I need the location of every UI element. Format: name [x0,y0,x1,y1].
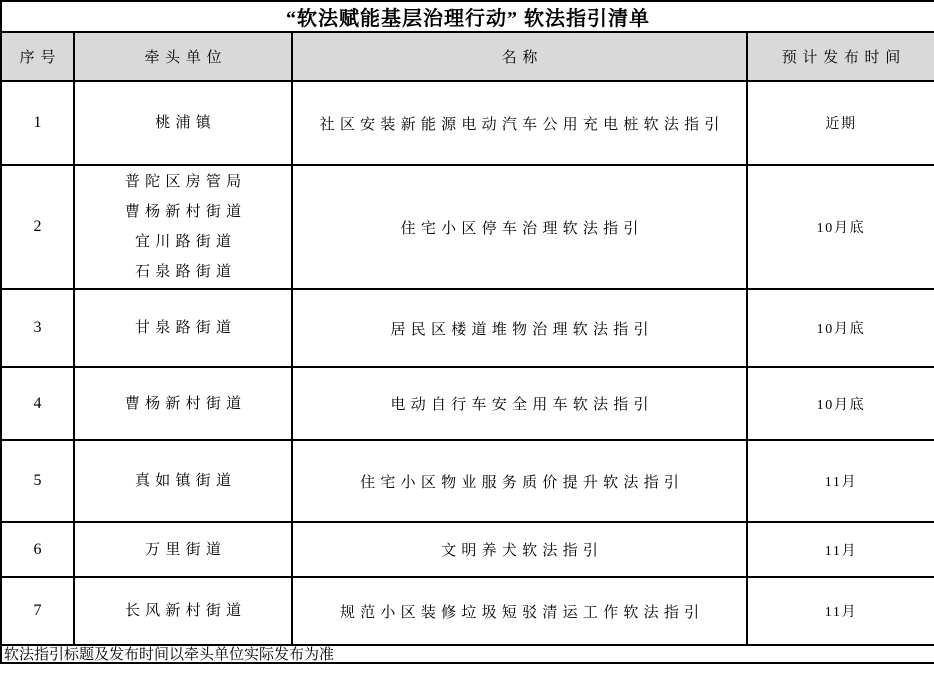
guidance-table: “软法赋能基层治理行动” 软法指引清单 序号 牵头单位 名称 预计发布时间 1桃… [0,0,934,664]
guidance-name-cell: 住宅小区停车治理软法指引 [292,165,747,289]
release-time-cell: 近期 [747,81,934,165]
lead-unit-cell: 普陀区房管局曹杨新村街道宜川路街道石泉路街道 [74,165,292,289]
document-page: “软法赋能基层治理行动” 软法指引清单 序号 牵头单位 名称 预计发布时间 1桃… [0,0,934,676]
header-row: 序号 牵头单位 名称 预计发布时间 [1,32,934,81]
page-title: “软法赋能基层治理行动” 软法指引清单 [1,1,934,32]
lead-unit-line: 万里街道 [75,535,291,565]
release-time-cell: 10月底 [747,367,934,440]
row-index: 5 [1,440,74,522]
release-time-cell: 11月 [747,440,934,522]
footer-row: 软法指引标题及发布时间以牵头单位实际发布为准 [1,645,934,663]
table-row: 1桃浦镇社区安装新能源电动汽车公用充电桩软法指引近期 [1,81,934,165]
lead-unit-cell: 万里街道 [74,522,292,577]
table-row: 4曹杨新村街道电动自行车安全用车软法指引10月底 [1,367,934,440]
guidance-name-cell: 文明养犬软法指引 [292,522,747,577]
release-time-cell: 11月 [747,577,934,645]
lead-unit-line: 宜川路街道 [75,227,291,257]
title-row: “软法赋能基层治理行动” 软法指引清单 [1,1,934,32]
lead-unit-line: 石泉路街道 [75,257,291,287]
release-time-cell: 10月底 [747,289,934,367]
lead-unit-cell: 甘泉路街道 [74,289,292,367]
col-header-name: 名称 [292,32,747,81]
col-header-lead-unit: 牵头单位 [74,32,292,81]
row-index: 1 [1,81,74,165]
row-index: 6 [1,522,74,577]
guidance-name-cell: 规范小区装修垃圾短驳清运工作软法指引 [292,577,747,645]
table-row: 3甘泉路街道居民区楼道堆物治理软法指引10月底 [1,289,934,367]
lead-unit-cell: 长风新村街道 [74,577,292,645]
guidance-name-cell: 社区安装新能源电动汽车公用充电桩软法指引 [292,81,747,165]
table-row: 7长风新村街道规范小区装修垃圾短驳清运工作软法指引11月 [1,577,934,645]
table-row: 6万里街道文明养犬软法指引11月 [1,522,934,577]
release-time-cell: 11月 [747,522,934,577]
footer-note: 软法指引标题及发布时间以牵头单位实际发布为准 [1,645,934,663]
release-time-cell: 10月底 [747,165,934,289]
lead-unit-line: 长风新村街道 [75,596,291,626]
row-index: 3 [1,289,74,367]
lead-unit-line: 曹杨新村街道 [75,197,291,227]
lead-unit-line: 普陀区房管局 [75,167,291,197]
guidance-name-cell: 电动自行车安全用车软法指引 [292,367,747,440]
lead-unit-line: 桃浦镇 [75,108,291,138]
lead-unit-line: 甘泉路街道 [75,313,291,343]
lead-unit-line: 真如镇街道 [75,466,291,496]
guidance-name-cell: 居民区楼道堆物治理软法指引 [292,289,747,367]
guidance-name-cell: 住宅小区物业服务质价提升软法指引 [292,440,747,522]
table-row: 2普陀区房管局曹杨新村街道宜川路街道石泉路街道住宅小区停车治理软法指引10月底 [1,165,934,289]
lead-unit-line: 曹杨新村街道 [75,389,291,419]
col-header-index: 序号 [1,32,74,81]
lead-unit-cell: 真如镇街道 [74,440,292,522]
table-row: 5真如镇街道住宅小区物业服务质价提升软法指引11月 [1,440,934,522]
lead-unit-cell: 桃浦镇 [74,81,292,165]
row-index: 2 [1,165,74,289]
col-header-release-time: 预计发布时间 [747,32,934,81]
row-index: 4 [1,367,74,440]
lead-unit-cell: 曹杨新村街道 [74,367,292,440]
row-index: 7 [1,577,74,645]
table-body: 1桃浦镇社区安装新能源电动汽车公用充电桩软法指引近期2普陀区房管局曹杨新村街道宜… [1,81,934,645]
